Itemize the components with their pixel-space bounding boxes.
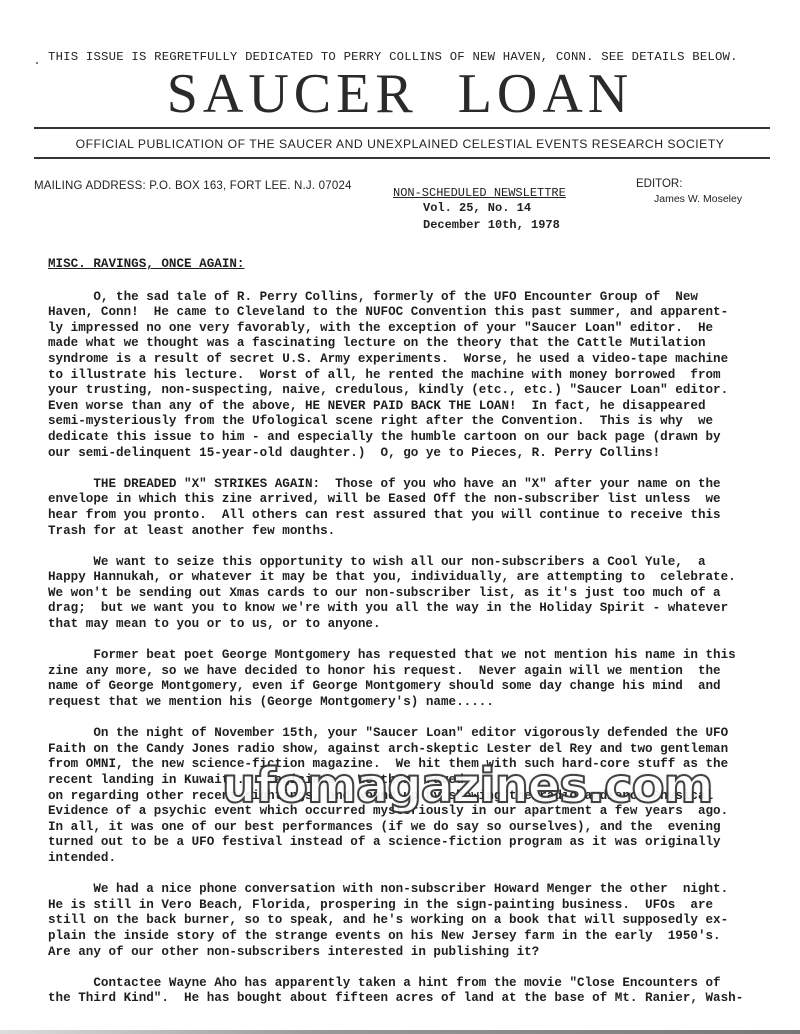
issue-info: NON-SCHEDULED NEWSLETTRE Vol. 25, No. 14… (393, 186, 566, 234)
masthead-word-loan: LOAN (458, 63, 634, 125)
paragraph-perry-collins: O, the sad tale of R. Perry Collins, for… (48, 290, 768, 462)
paper-speck (36, 62, 38, 64)
volume-number: Vol. 25, No. 14 (423, 200, 566, 217)
editor-label: EDITOR: (636, 178, 742, 190)
publication-subtitle: OFFICIAL PUBLICATION OF THE SAUCER AND U… (0, 137, 800, 151)
issue-date: December 10th, 1978 (423, 217, 566, 234)
paragraph-menger: We had a nice phone conversation with no… (48, 882, 768, 960)
masthead-word-saucer: SAUCER (167, 63, 418, 125)
article-body: MISC. RAVINGS, ONCE AGAIN: O, the sad ta… (48, 257, 768, 1023)
editor-name: James W. Moseley (654, 193, 742, 205)
newsletter-type: NON-SCHEDULED NEWSLETTRE (393, 186, 566, 200)
masthead-title: SAUCERLOAN (0, 66, 800, 122)
dedication-line: THIS ISSUE IS REGRETFULLY DEDICATED TO P… (48, 50, 768, 64)
section-heading: MISC. RAVINGS, ONCE AGAIN: (48, 257, 768, 273)
paragraph-dreaded-x: THE DREADED "X" STRIKES AGAIN: Those of … (48, 477, 768, 539)
newsletter-page: THIS ISSUE IS REGRETFULLY DEDICATED TO P… (0, 0, 800, 1034)
mailing-address: MAILING ADDRESS: P.O. BOX 163, FORT LEE.… (34, 180, 352, 192)
paragraph-aho: Contactee Wayne Aho has apparently taken… (48, 976, 768, 1007)
watermark: ufomagazines.com (222, 758, 713, 814)
bottom-rule (34, 157, 770, 159)
paragraph-holiday: We want to seize this opportunity to wis… (48, 555, 768, 633)
editor-block: EDITOR: James W. Moseley (636, 178, 742, 205)
paragraph-montgomery: Former beat poet George Montgomery has r… (48, 648, 768, 710)
top-rule (34, 127, 770, 129)
page-edge-shadow (0, 1030, 800, 1034)
